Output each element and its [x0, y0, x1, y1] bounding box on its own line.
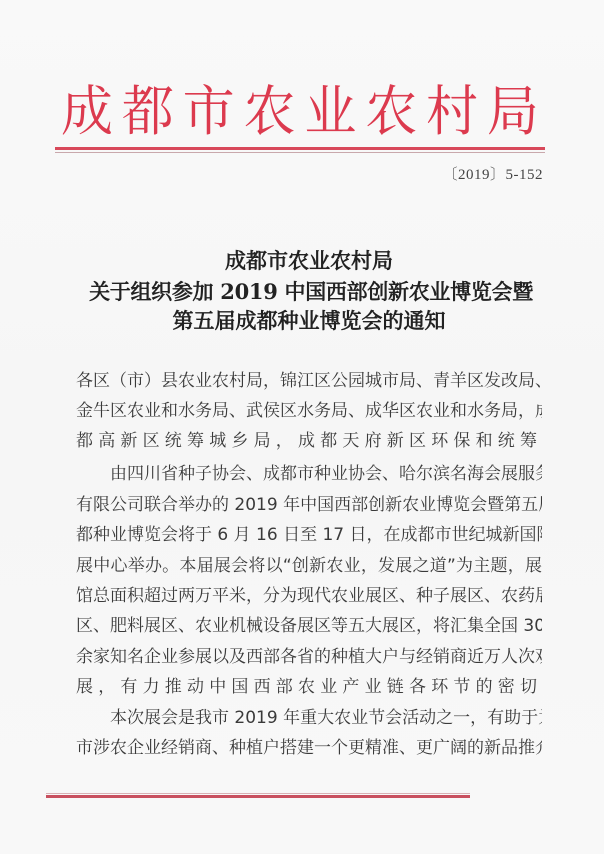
body-line: 有限公司联合举办的 2019 年中国西部创新农业博览会暨第五届成	[76, 490, 542, 520]
body-line: 市涉农企业经销商、种植户搭建一个更精准、更广阔的新品推介、	[76, 733, 542, 763]
issuer-red-header: 成 都 市 农 业 农 村 局	[58, 80, 542, 144]
body-line: 余家知名企业参展以及西部各省的种植大户与经销商近万人次观	[76, 642, 542, 672]
body-line: 馆总面积超过两万平米，分为现代农业展区、种子展区、农药展	[76, 581, 542, 611]
header-char: 村	[423, 78, 481, 145]
header-char: 农	[362, 78, 420, 145]
header-divider-thick	[55, 147, 545, 150]
footer-divider-thin	[46, 793, 470, 794]
header-char: 业	[301, 78, 359, 145]
body-line: 都高新区统筹城乡局，成都天府新区环保和统筹城乡局：	[76, 426, 542, 456]
document-number: 〔2019〕5-152	[443, 163, 544, 184]
header-char: 成	[58, 78, 116, 145]
body-line: 展，有力推动中国西部农业产业链各环节的密切融合与发展。	[76, 672, 542, 702]
body-line: 区、肥料展区、农业机械设备展区等五大展区，将汇集全国 300	[76, 611, 542, 641]
title-line-2: 关于组织参加 2019 中国西部创新农业博览会暨	[0, 276, 604, 308]
header-divider-thin	[55, 152, 545, 153]
title-line-1: 成都市农业农村局	[0, 245, 604, 277]
header-char: 都	[119, 78, 177, 145]
header-char: 农	[241, 78, 299, 145]
header-char: 市	[180, 78, 238, 145]
body-line: 展中心举办。本届展会将以“创新农业，发展之道”为主题，展	[76, 551, 542, 581]
body-line: 由四川省种子协会、成都市种业协会、哈尔滨名海会展服务	[110, 459, 542, 489]
body-line: 各区（市）县农业农村局，锦江区公园城市局、青羊区发改局、	[76, 366, 542, 396]
body-line: 金牛区农业和水务局、武侯区水务局、成华区农业和水务局，成	[76, 396, 542, 426]
body-line: 都种业博览会将于 6 月 16 日至 17 日，在成都市世纪城新国际会	[76, 520, 542, 550]
header-char: 局	[484, 78, 542, 145]
body-line: 本次展会是我市 2019 年重大农业节会活动之一，有助于为我	[110, 703, 542, 733]
footer-divider-thick	[46, 795, 470, 798]
document-page: 成 都 市 农 业 农 村 局 〔2019〕5-152 成都市农业农村局 关于组…	[0, 0, 604, 854]
title-line-3: 第五届成都种业博览会的通知	[0, 305, 604, 337]
